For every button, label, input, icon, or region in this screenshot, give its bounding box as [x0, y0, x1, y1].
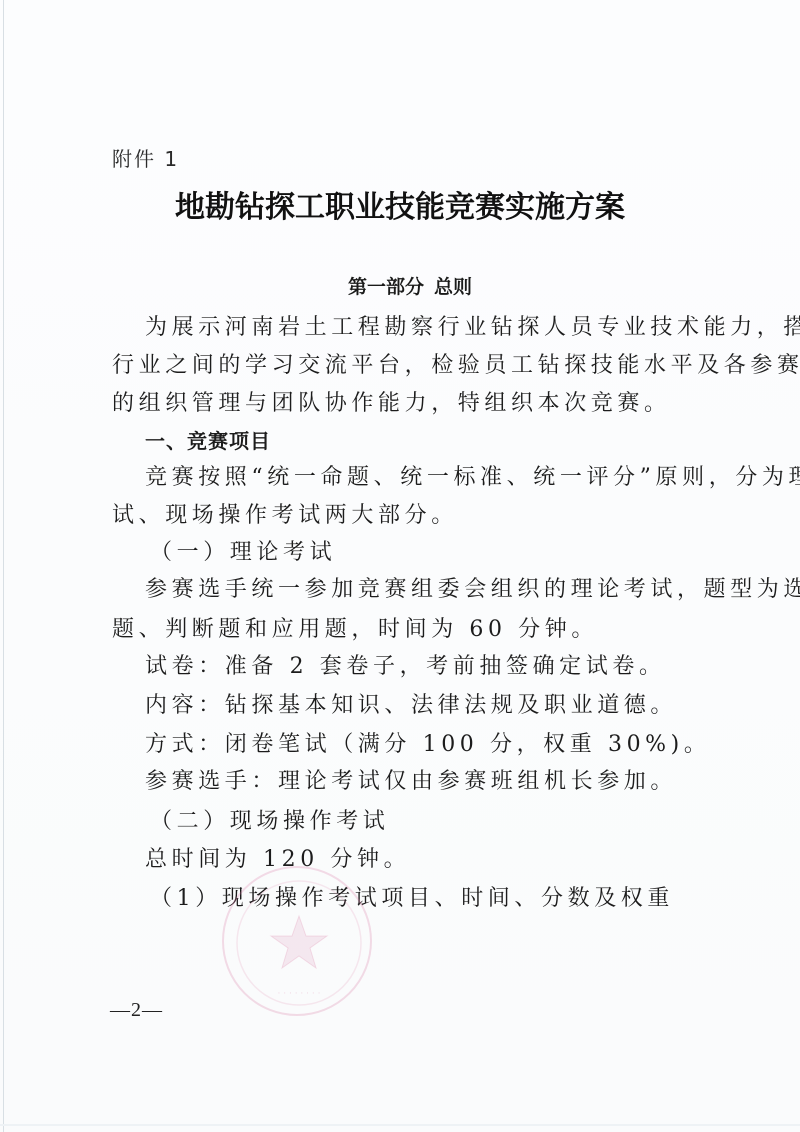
paragraph-line: 参赛选手统一参加竞赛组委会组织的理论考试，题型为选择	[145, 577, 800, 603]
page-edge-left	[3, 0, 4, 1132]
paragraph-line: 的组织管理与团队协作能力，特组织本次竞赛。	[112, 391, 671, 417]
sub-heading: （一）理论考试	[150, 540, 336, 566]
section-heading: 一、竞赛项目	[145, 428, 271, 454]
svg-text:· · · · · · · ·: · · · · · · · ·	[278, 989, 321, 999]
list-item: 试卷：准备 2 套卷子，考前抽签确定试卷。	[145, 654, 666, 680]
seal-star-icon: · · · · · · · ·	[224, 868, 374, 1018]
paragraph-line: 为展示河南岩土工程勘察行业钻探人员专业技术能力，搭建	[145, 315, 800, 341]
page-edge-bottom	[0, 1124, 800, 1126]
page-number: —2—	[110, 998, 163, 1022]
attachment-label: 附件 1	[112, 146, 179, 172]
part-heading-name: 总则	[434, 276, 472, 298]
part-heading: 第一部分总则	[0, 274, 800, 300]
paragraph-line: 试、现场操作考试两大部分。	[112, 503, 458, 529]
paragraph-line: 行业之间的学习交流平台，检验员工钻探技能水平及各参赛人员	[112, 353, 800, 379]
list-item: 内容：钻探基本知识、法律法规及职业道德。	[145, 693, 677, 719]
list-item: 参赛选手：理论考试仅由参赛班组机长参加。	[145, 769, 677, 795]
part-heading-part: 第一部分	[348, 276, 424, 298]
official-seal: · · · · · · · ·	[222, 866, 372, 1016]
paragraph-line: 题、判断题和应用题，时间为 60 分钟。	[112, 617, 598, 643]
sub-heading: （二）现场操作考试	[150, 809, 389, 835]
document-page: 附件 1 地勘钻探工职业技能竞赛实施方案 第一部分总则 为展示河南岩土工程勘察行…	[0, 0, 800, 1132]
paragraph-line: 竞赛按照“统一命题、统一标准、统一评分”原则，分为理论考	[145, 465, 800, 491]
list-item: 方式：闭卷笔试（满分 100 分，权重 30%)。	[145, 732, 710, 758]
document-title: 地勘钻探工职业技能竞赛实施方案	[0, 190, 800, 226]
